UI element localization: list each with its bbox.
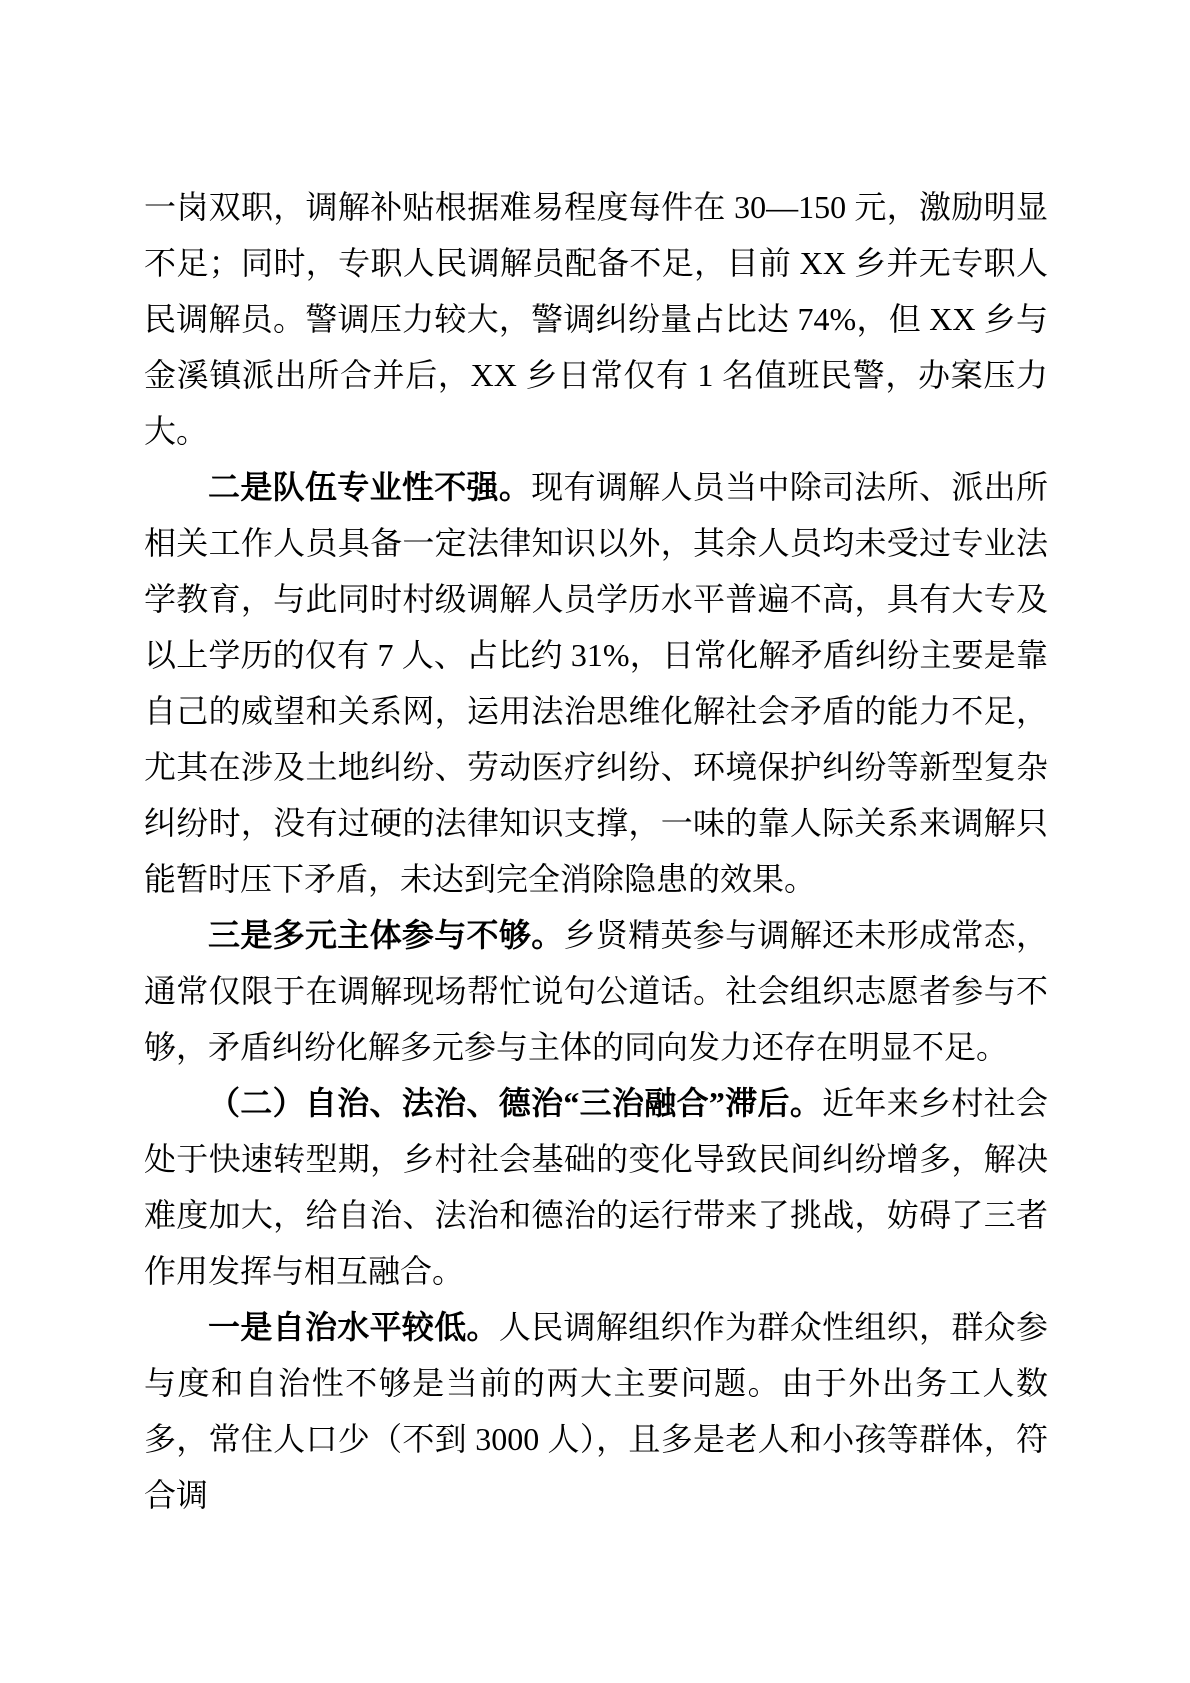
document-page: 一岗双职，调解补贴根据难易程度每件在 30—150 元，激励明显不足；同时，专职…: [0, 0, 1190, 1683]
paragraph: 三是多元主体参与不够。乡贤精英参与调解还未形成常态，通常仅限于在调解现场帮忙说句…: [144, 907, 1048, 1075]
paragraph-lead: 二是队伍专业性不强。: [208, 469, 531, 505]
paragraph-lead: （二）自治、法治、德治“三治融合”滞后。: [208, 1085, 822, 1121]
paragraph-lead: 三是多元主体参与不够。: [208, 917, 564, 953]
paragraph: （二）自治、法治、德治“三治融合”滞后。近年来乡村社会处于快速转型期，乡村社会基…: [144, 1075, 1048, 1299]
paragraph: 一岗双职，调解补贴根据难易程度每件在 30—150 元，激励明显不足；同时，专职…: [144, 179, 1048, 459]
paragraph: 二是队伍专业性不强。现有调解人员当中除司法所、派出所相关工作人员具备一定法律知识…: [144, 459, 1048, 907]
paragraph: 一是自治水平较低。人民调解组织作为群众性组织，群众参与度和自治性不够是当前的两大…: [144, 1299, 1048, 1523]
paragraph-lead: 一是自治水平较低。: [208, 1309, 499, 1345]
document-body: 一岗双职，调解补贴根据难易程度每件在 30—150 元，激励明显不足；同时，专职…: [144, 179, 1048, 1523]
paragraph-text: 一岗双职，调解补贴根据难易程度每件在 30—150 元，激励明显不足；同时，专职…: [144, 189, 1048, 449]
paragraph-text: 现有调解人员当中除司法所、派出所相关工作人员具备一定法律知识以外，其余人员均未受…: [144, 469, 1048, 897]
